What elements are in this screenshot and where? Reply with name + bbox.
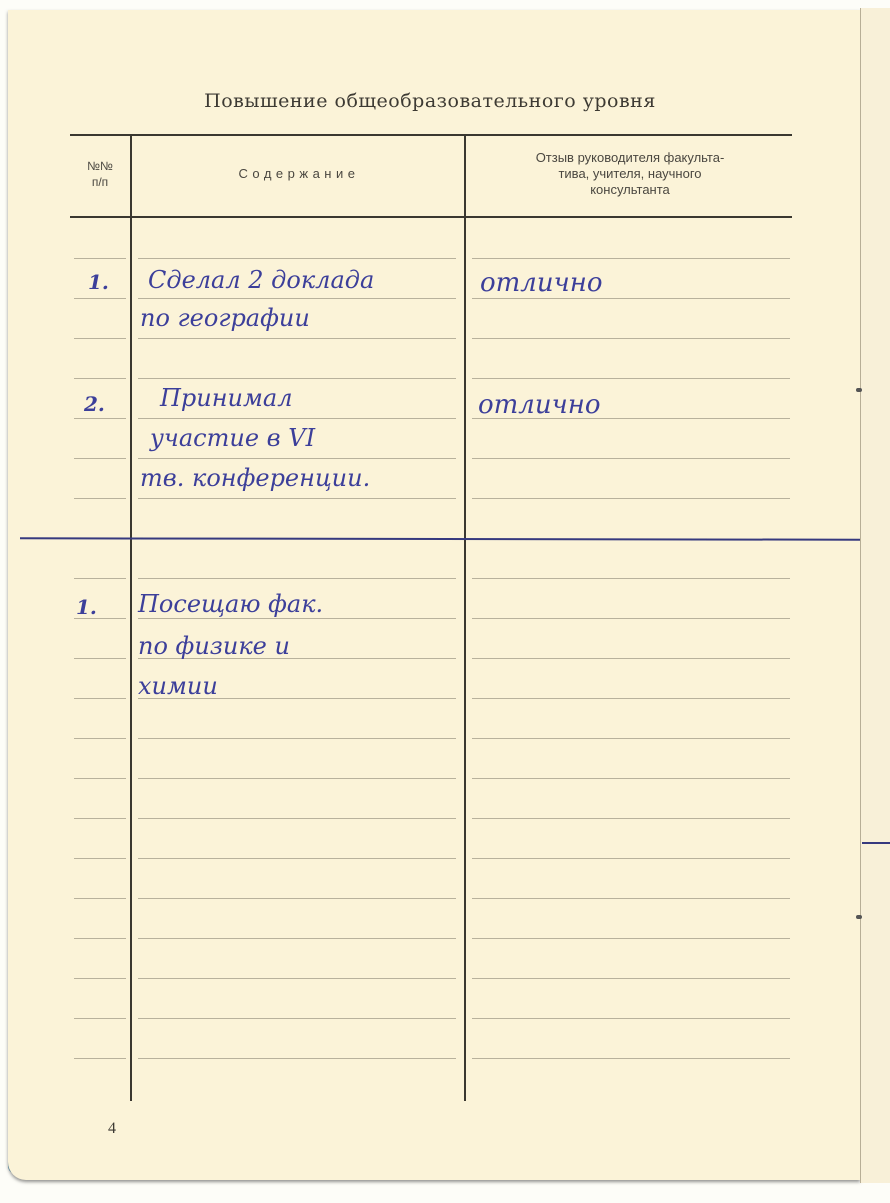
ruled-line (138, 258, 456, 259)
page-title: Повышение общеобразовательного уровня (0, 90, 860, 112)
ruled-line (138, 978, 456, 979)
ruled-line (472, 1058, 790, 1059)
ruled-line (138, 898, 456, 899)
column-divider-2 (464, 136, 466, 1101)
ruled-line (472, 898, 790, 899)
ruled-line (138, 298, 456, 299)
ruled-line (74, 978, 126, 979)
row-content-line: участие в VI (150, 424, 315, 452)
ruled-line (472, 978, 790, 979)
ruled-line (74, 418, 126, 419)
ruled-line (74, 898, 126, 899)
ruled-line (138, 738, 456, 739)
row-number: 1. (88, 270, 109, 294)
ruled-line (138, 858, 456, 859)
facing-page-ink-line (862, 842, 890, 844)
header-number-line: п/п (72, 174, 128, 190)
ruled-line (472, 778, 790, 779)
row-content-line: Посещаю фак. (138, 590, 323, 618)
header-top-rule (70, 134, 792, 136)
row-content-line: химии (138, 672, 218, 700)
ruled-line (74, 258, 126, 259)
ruled-line (472, 858, 790, 859)
ruled-line (74, 858, 126, 859)
ruled-line (472, 298, 790, 299)
row-content-line: Принимал (160, 384, 293, 412)
ruled-line (138, 778, 456, 779)
ruled-line (138, 498, 456, 499)
row-content-line: Сделал 2 доклада (148, 266, 374, 294)
ruled-line (472, 938, 790, 939)
ruled-line (74, 498, 126, 499)
ruled-line (138, 578, 456, 579)
ruled-line (74, 1058, 126, 1059)
header-bottom-rule (70, 216, 792, 218)
row-content-line: тв. конференции. (140, 464, 370, 492)
ruled-line (472, 378, 790, 379)
ruled-line (138, 458, 456, 459)
row-content-line: по географии (140, 304, 310, 332)
ruled-line (74, 818, 126, 819)
ruled-line (138, 618, 456, 619)
row-content-line: по физике и (138, 632, 290, 660)
row-review: отлично (478, 390, 601, 420)
row-number: 2. (84, 392, 105, 416)
header-content: Содержание (134, 166, 464, 181)
ruled-line (74, 578, 126, 579)
ruled-line (138, 418, 456, 419)
ruled-line (472, 738, 790, 739)
header-review-line: тива, учителя, научного (470, 166, 790, 182)
ruled-line (138, 378, 456, 379)
header-review: Отзыв руководителя факульта- тива, учите… (470, 150, 790, 198)
ruled-line (138, 938, 456, 939)
staple (856, 388, 862, 392)
ruled-line (74, 658, 126, 659)
row-review: отлично (480, 268, 603, 298)
ruled-line (74, 298, 126, 299)
ruled-line (138, 1018, 456, 1019)
ruled-line (472, 618, 790, 619)
ruled-line (472, 698, 790, 699)
ruled-line (74, 458, 126, 459)
ruled-line (472, 458, 790, 459)
ruled-line (74, 698, 126, 699)
ruled-line (74, 938, 126, 939)
header-review-line: консультанта (470, 182, 790, 198)
page-number: 4 (108, 1120, 116, 1138)
ruled-line (472, 1018, 790, 1019)
ruled-line (74, 338, 126, 339)
ruled-line (472, 578, 790, 579)
ruled-line (74, 1018, 126, 1019)
ruled-line (74, 378, 126, 379)
header-number-line: №№ (72, 158, 128, 174)
ruled-line (138, 1058, 456, 1059)
ruled-line (472, 338, 790, 339)
row-number: 1. (76, 595, 97, 619)
ruled-line (472, 658, 790, 659)
ruled-line (74, 738, 126, 739)
header-number: №№ п/п (72, 158, 128, 190)
header-review-line: Отзыв руководителя факульта- (470, 150, 790, 166)
staple (856, 915, 862, 919)
facing-page-edge (860, 8, 890, 1183)
ruled-line (472, 498, 790, 499)
column-divider-1 (130, 136, 132, 1101)
ruled-line (74, 778, 126, 779)
ruled-line (138, 818, 456, 819)
ruled-line (138, 338, 456, 339)
ruled-line (472, 818, 790, 819)
ruled-line (472, 258, 790, 259)
